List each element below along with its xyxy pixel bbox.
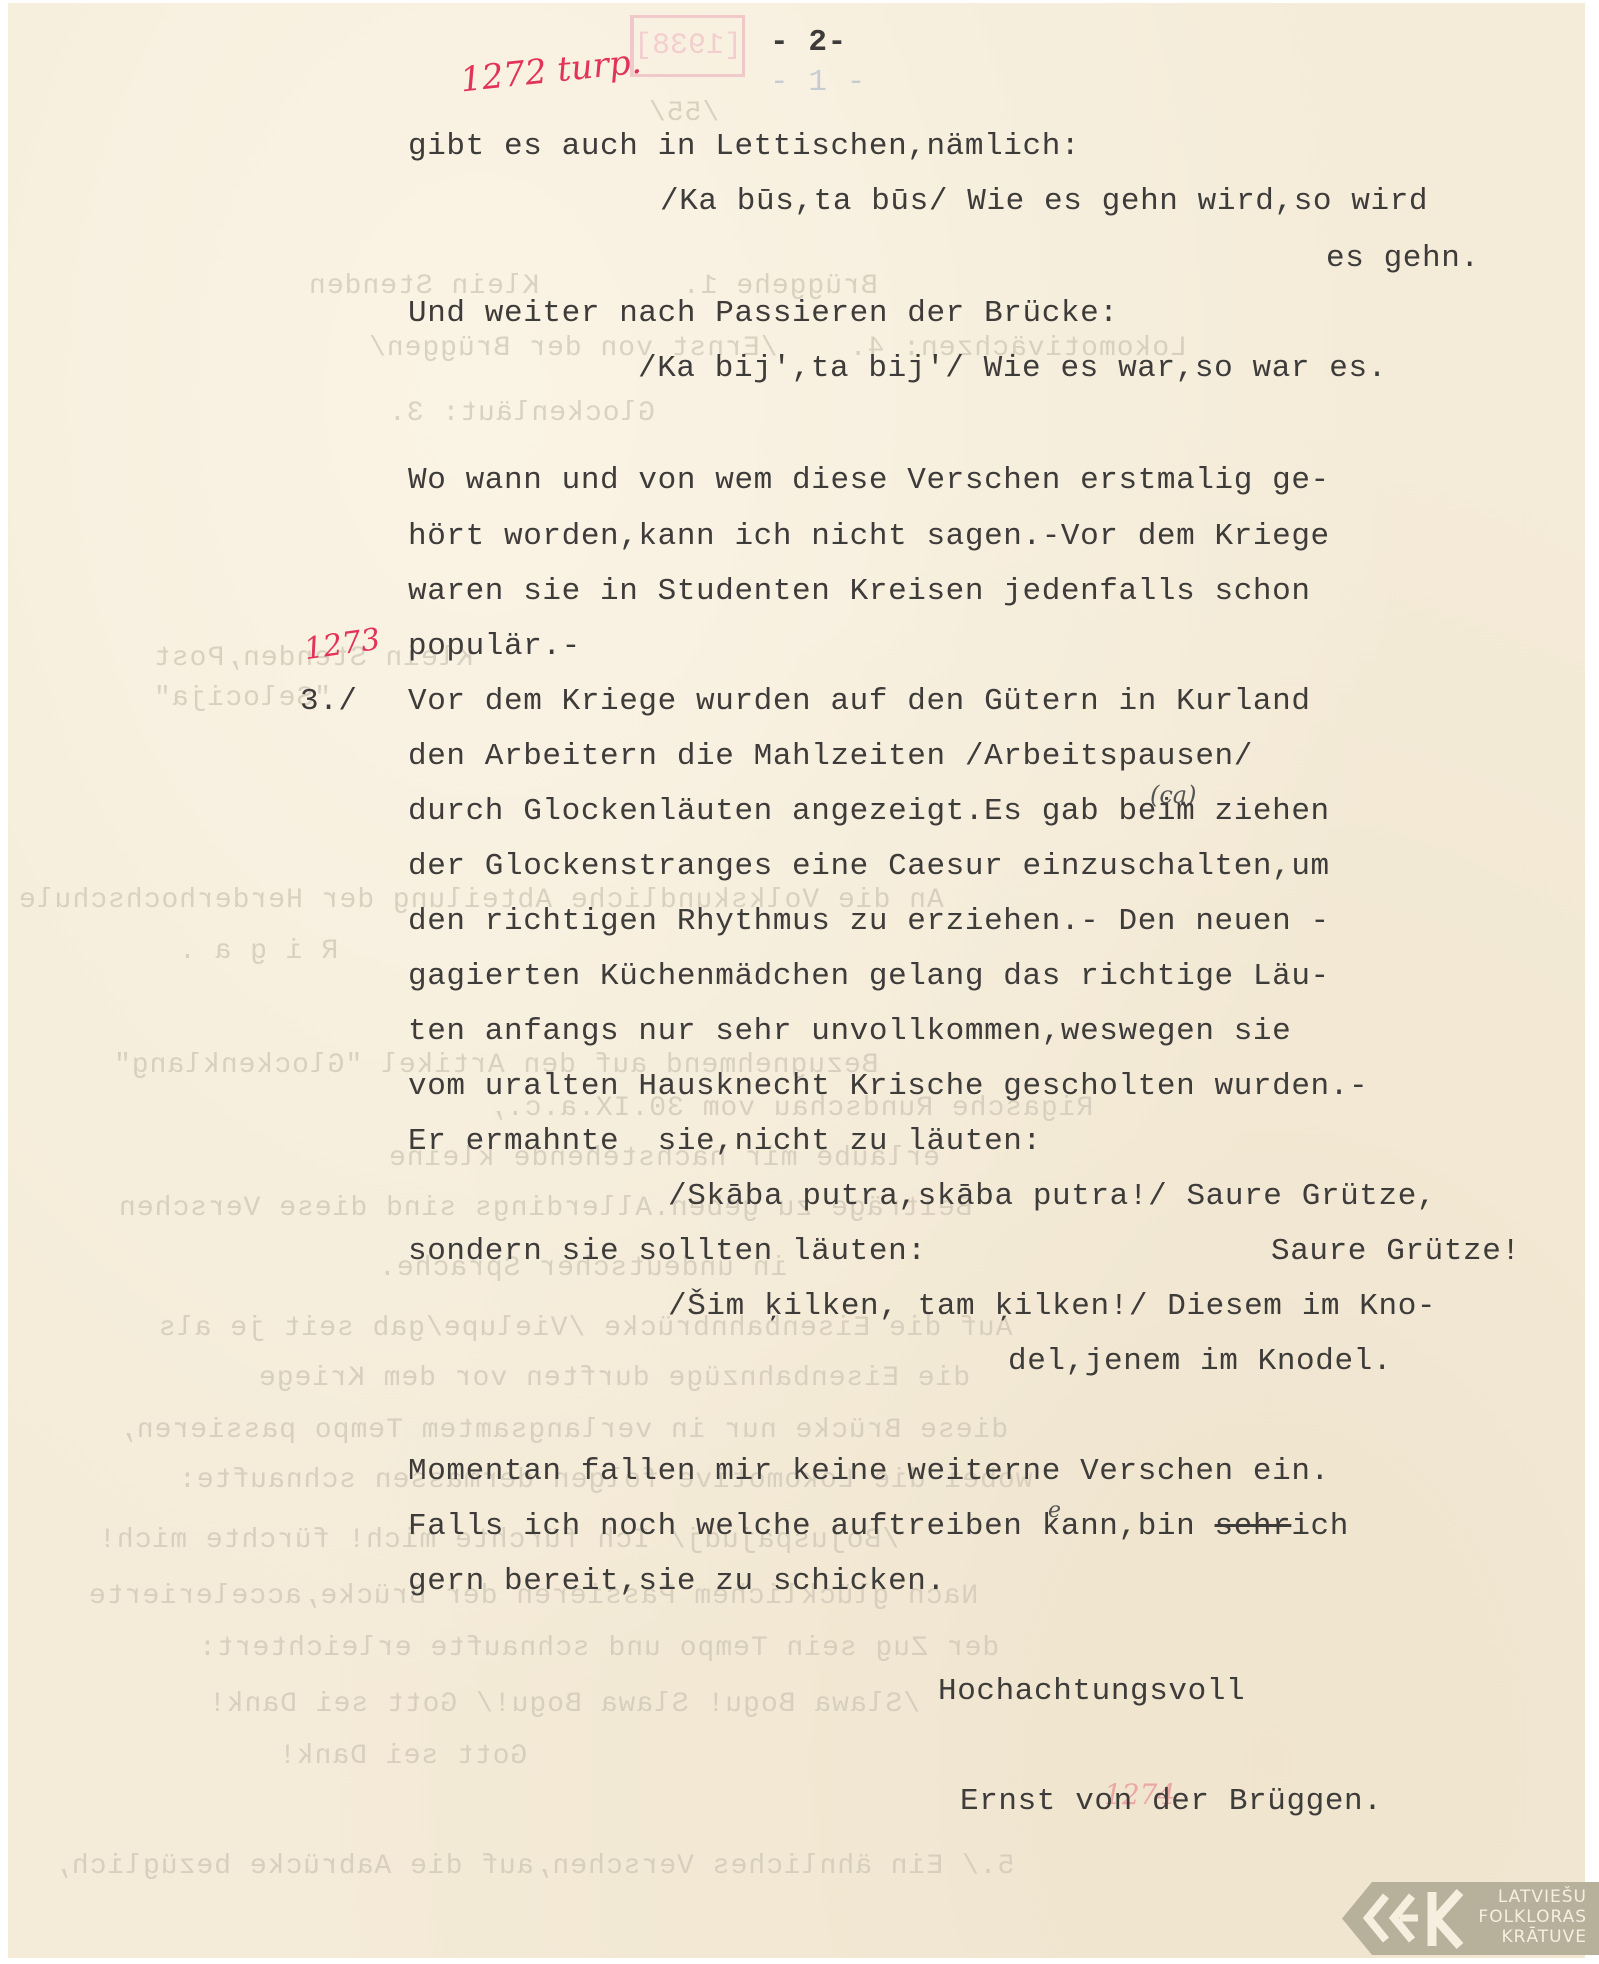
text-line: sondern sie sollten läuten: xyxy=(408,1236,926,1267)
text-line: der Glockenstranges eine Caesur einzusch… xyxy=(408,851,1330,882)
archive-logo: LATVIEŠU FOLKLORAS KRĀTUVE xyxy=(1342,1882,1599,1955)
logo-line-2: FOLKLORAS xyxy=(1478,1907,1587,1927)
text-line: Falls ich noch welche auftreiben kann,bi… xyxy=(408,1511,1349,1542)
logo-text: LATVIEŠU FOLKLORAS KRĀTUVE xyxy=(1478,1887,1587,1947)
archive-stamp: [1938] xyxy=(630,15,745,77)
text-line: populär.- xyxy=(408,631,581,662)
text-line: den Arbeitern die Mahlzeiten /Arbeitspau… xyxy=(408,741,1253,772)
bleed-page-number: - 1 - xyxy=(770,67,866,98)
text-segment: Falls ich noch welche auftreiben kann,bi… xyxy=(408,1509,1215,1544)
closing: Hochachtungsvoll xyxy=(938,1676,1245,1707)
text-line: /Ka būs,ta būs/ Wie es gehn wird,so wird xyxy=(660,186,1428,217)
text-line: Er ermahnte sie,nicht zu läuten: xyxy=(408,1126,1042,1157)
text-line: ten anfangs nur sehr unvollkommen,wesweg… xyxy=(408,1016,1291,1047)
text-line: gern bereit,sie zu schicken. xyxy=(408,1566,946,1597)
document-page: /55/ Brüggehe 1. Klein Stenden Lokomotiv… xyxy=(8,3,1585,1958)
text-line: waren sie in Studenten Kreisen jedenfall… xyxy=(408,576,1311,607)
text-segment: ich xyxy=(1291,1509,1349,1544)
text-line: gibt es auch in Lettischen,nämlich: xyxy=(408,131,1080,162)
bleed-through-text: diese Brücke nur in verlangsamtem Tempo … xyxy=(118,1415,1008,1446)
logo-line-3: KRĀTUVE xyxy=(1478,1927,1587,1947)
annotation-1272: 1272 turp. xyxy=(458,42,643,101)
bleed-through-text: /55/ xyxy=(648,98,719,129)
text-line: /Skāba putra,skāba putra!/ Saure Grütze, xyxy=(668,1181,1436,1212)
bleed-through-text: 5./ Ein ähnliches Verschen,auf die Aabrü… xyxy=(53,1851,1014,1882)
logo-line-1: LATVIEŠU xyxy=(1478,1887,1587,1907)
text-line: Vor dem Kriege wurden auf den Gütern in … xyxy=(408,686,1311,717)
bleed-through-text: /Slawa Bogu! Slawa Bogu!/ Gott sei Dank! xyxy=(208,1689,920,1720)
text-line: /Ka bij',ta bij'/ Wie es war,so war es. xyxy=(638,353,1387,384)
text-line: den richtigen Rhythmus zu erziehen.- Den… xyxy=(408,906,1330,937)
bleed-through-text: der Zug sein Tempo und schnaufte erleich… xyxy=(198,1633,999,1664)
text-line: gagierten Küchenmädchen gelang das richt… xyxy=(408,961,1330,992)
bleed-through-text: die Eisenbahnzüge durften vor dem Kriege xyxy=(258,1363,970,1394)
text-line: Und weiter nach Passieren der Brücke: xyxy=(408,298,1119,329)
text-line: Momentan fallen mir keine weiterne Versc… xyxy=(408,1456,1330,1487)
text-line: del,jenem im Knodel. xyxy=(1008,1346,1392,1377)
text-line: /Šim ķilken, tam ķilken!/ Diesem im Kno- xyxy=(668,1291,1436,1322)
text-line: es gehn. xyxy=(1326,243,1480,274)
text-line: hört worden,kann ich nicht sagen.-Vor de… xyxy=(408,521,1330,552)
text-line: vom uralten Hausknecht Krische gescholte… xyxy=(408,1071,1368,1102)
bleed-through-text: R i g a . xyxy=(178,936,338,967)
text-line: durch Glockenläuten angezeigt.Es gab bei… xyxy=(408,796,1330,827)
bleed-through-text: Gott sei Dank! xyxy=(278,1741,527,1772)
item-number: 3./ xyxy=(300,686,358,717)
bleed-through-text: Glockenläut: 3. xyxy=(388,398,655,429)
text-line: Wo wann und von wem diese Verschen erstm… xyxy=(408,465,1330,496)
page-number: - 2- xyxy=(770,27,847,58)
struck-word: sehr xyxy=(1215,1509,1292,1544)
signature: Ernst von der Brüggen. xyxy=(960,1786,1382,1817)
text-line: Saure Grütze! xyxy=(1271,1236,1521,1267)
